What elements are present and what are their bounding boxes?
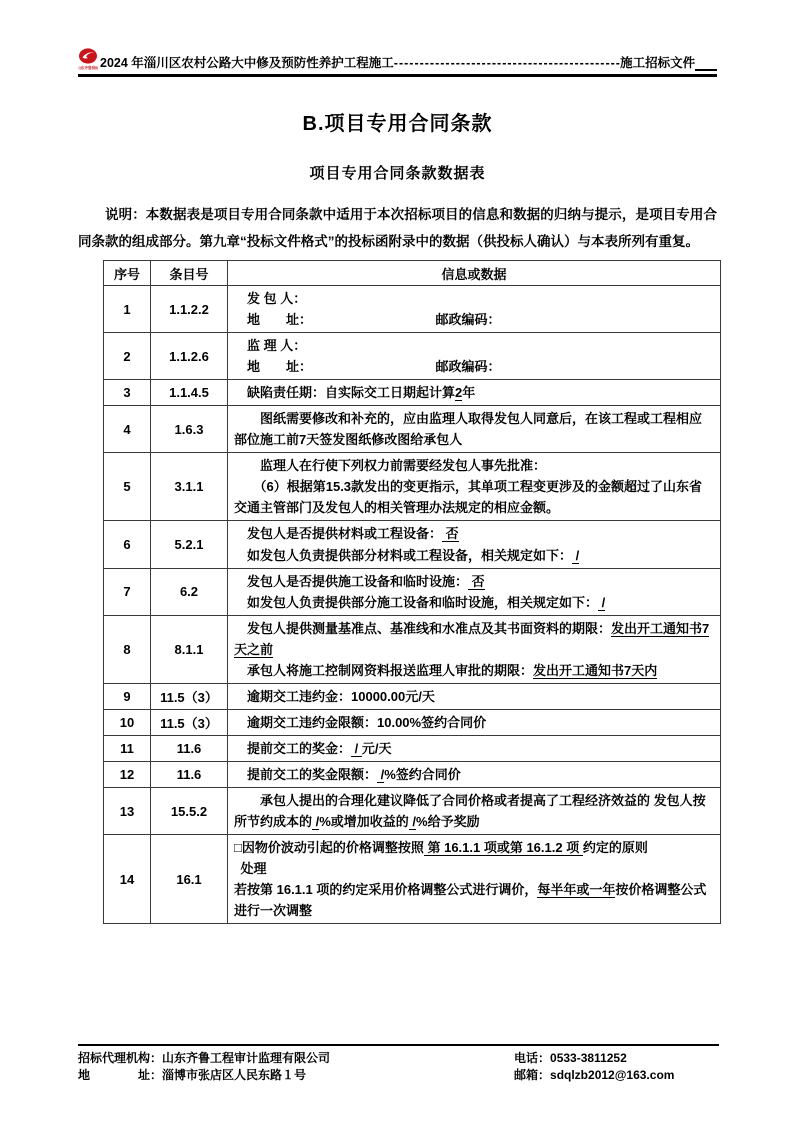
cell-serial-no: 11 <box>104 735 151 761</box>
table-row: 88.1.1发包人提供测量基准点、基准线和水准点及其书面资料的期限：发出开工通知… <box>104 615 721 683</box>
cell-item-no: 3.1.1 <box>151 453 228 521</box>
header-dash-filler: ----------------------------------------… <box>394 56 620 71</box>
footer-address: 地 址：淄博市张店区人民东路１号 <box>78 1067 514 1084</box>
terms-table: 序号 条目号 信息或数据 11.1.2.2发 包 人：地 址： 邮政编码：21.… <box>103 260 721 924</box>
cell-item-no: 11.6 <box>151 735 228 761</box>
cell-item-no: 1.1.2.6 <box>151 333 228 380</box>
cell-serial-no: 6 <box>104 521 151 568</box>
table-row: 21.1.2.6监 理 人：地 址： 邮政编码： <box>104 333 721 380</box>
cell-info: 逾期交工违约金：10000.00元/天 <box>228 683 721 709</box>
table-row: 11.1.2.2发 包 人：地 址： 邮政编码： <box>104 286 721 333</box>
svg-text:山东齐鲁招标: 山东齐鲁招标 <box>78 65 98 70</box>
table-row: 911.5（3）逾期交工违约金：10000.00元/天 <box>104 683 721 709</box>
cell-item-no: 1.6.3 <box>151 406 228 453</box>
cell-info: □因物价波动引起的价格调整按照 第 16.1.1 项或第 16.1.2 项 约定… <box>228 835 721 924</box>
footer-email: 邮箱：sdqlzb2012@163.com <box>514 1067 719 1084</box>
cell-serial-no: 4 <box>104 406 151 453</box>
page-header: 山东齐鲁招标 2024 年淄川区农村公路大中修及预防性养护工程施工 ------… <box>78 48 717 77</box>
cell-serial-no: 13 <box>104 787 151 834</box>
cell-item-no: 11.5（3） <box>151 683 228 709</box>
cell-info: 监理人在行使下列权力前需要经发包人事先批准：（6）根据第15.3款发出的变更指示… <box>228 453 721 521</box>
table-row: 1111.6提前交工的奖金： / 元/天 <box>104 735 721 761</box>
cell-serial-no: 8 <box>104 615 151 683</box>
cell-info: 承包人提出的合理化建议降低了合同价格或者提高了工程经济效益的 发包人按所节约成本… <box>228 787 721 834</box>
cell-info: 图纸需要修改和补充的，应由监理人取得发包人同意后，在该工程或工程相应部位施工前7… <box>228 406 721 453</box>
cell-info: 提前交工的奖金限额： /%签约合同价 <box>228 761 721 787</box>
page-footer: 招标代理机构：山东齐鲁工程审计监理有限公司 地 址：淄博市张店区人民东路１号 电… <box>78 1044 719 1085</box>
cell-info: 发包人提供测量基准点、基准线和水准点及其书面资料的期限：发出开工通知书7天之前承… <box>228 615 721 683</box>
agency-seal-icon: 山东齐鲁招标 <box>78 48 98 74</box>
header-project-title: 2024 年淄川区农村公路大中修及预防性养护工程施工 <box>100 56 394 71</box>
cell-info: 监 理 人：地 址： 邮政编码： <box>228 333 721 380</box>
table-row: 1416.1□因物价波动引起的价格调整按照 第 16.1.1 项或第 16.1.… <box>104 835 721 924</box>
table-row: 41.6.3图纸需要修改和补充的，应由监理人取得发包人同意后，在该工程或工程相应… <box>104 406 721 453</box>
table-row: 31.1.4.5缺陷责任期：自实际交工日期起计算2年 <box>104 380 721 406</box>
cell-info: 发包人是否提供材料或工程设备： 否 如发包人负责提供部分材料或工程设备，相关规定… <box>228 521 721 568</box>
cell-serial-no: 1 <box>104 286 151 333</box>
cell-info: 逾期交工违约金限额：10.00%签约合同价 <box>228 709 721 735</box>
cell-serial-no: 5 <box>104 453 151 521</box>
cell-item-no: 6.2 <box>151 568 228 615</box>
table-row: 76.2发包人是否提供施工设备和临时设施： 否 如发包人负责提供部分施工设备和临… <box>104 568 721 615</box>
cell-item-no: 1.1.2.2 <box>151 286 228 333</box>
cell-info: 发 包 人：地 址： 邮政编码： <box>228 286 721 333</box>
cell-serial-no: 14 <box>104 835 151 924</box>
cell-info: 缺陷责任期：自实际交工日期起计算2年 <box>228 380 721 406</box>
cell-serial-no: 3 <box>104 380 151 406</box>
cell-serial-no: 10 <box>104 709 151 735</box>
cell-item-no: 1.1.4.5 <box>151 380 228 406</box>
cell-item-no: 16.1 <box>151 835 228 924</box>
header-tail-underline <box>695 69 717 71</box>
header-rule <box>78 74 717 77</box>
col-header-no: 序号 <box>104 261 151 286</box>
terms-table-body: 11.1.2.2发 包 人：地 址： 邮政编码：21.1.2.6监 理 人：地 … <box>104 286 721 924</box>
table-row: 1011.5（3）逾期交工违约金限额：10.00%签约合同价 <box>104 709 721 735</box>
table-row: 53.1.1监理人在行使下列权力前需要经发包人事先批准：（6）根据第15.3款发… <box>104 453 721 521</box>
cell-info: 发包人是否提供施工设备和临时设施： 否 如发包人负责提供部分施工设备和临时设施，… <box>228 568 721 615</box>
table-row: 1315.5.2承包人提出的合理化建议降低了合同价格或者提高了工程经济效益的 发… <box>104 787 721 834</box>
col-header-info: 信息或数据 <box>228 261 721 286</box>
col-header-item: 条目号 <box>151 261 228 286</box>
cell-item-no: 15.5.2 <box>151 787 228 834</box>
cell-serial-no: 12 <box>104 761 151 787</box>
page: 山东齐鲁招标 2024 年淄川区农村公路大中修及预防性养护工程施工 ------… <box>0 0 793 924</box>
footer-agency: 招标代理机构：山东齐鲁工程审计监理有限公司 <box>78 1050 514 1067</box>
footer-phone: 电话：0533-3811252 <box>514 1050 719 1067</box>
cell-item-no: 11.6 <box>151 761 228 787</box>
cell-serial-no: 9 <box>104 683 151 709</box>
note-paragraph: 说明：本数据表是项目专用合同条款中适用于本次招标项目的信息和数据的归纳与提示，是… <box>78 201 717 255</box>
cell-serial-no: 7 <box>104 568 151 615</box>
cell-info: 提前交工的奖金： / 元/天 <box>228 735 721 761</box>
page-subtitle: 项目专用合同条款数据表 <box>78 162 717 183</box>
table-header-row: 序号 条目号 信息或数据 <box>104 261 721 286</box>
cell-item-no: 11.5（3） <box>151 709 228 735</box>
cell-serial-no: 2 <box>104 333 151 380</box>
cell-item-no: 5.2.1 <box>151 521 228 568</box>
page-title: B.项目专用合同条款 <box>78 107 717 136</box>
table-row: 1211.6提前交工的奖金限额： /%签约合同价 <box>104 761 721 787</box>
table-row: 65.2.1发包人是否提供材料或工程设备： 否 如发包人负责提供部分材料或工程设… <box>104 521 721 568</box>
cell-item-no: 8.1.1 <box>151 615 228 683</box>
header-doc-type: 施工招标文件 <box>620 56 695 71</box>
